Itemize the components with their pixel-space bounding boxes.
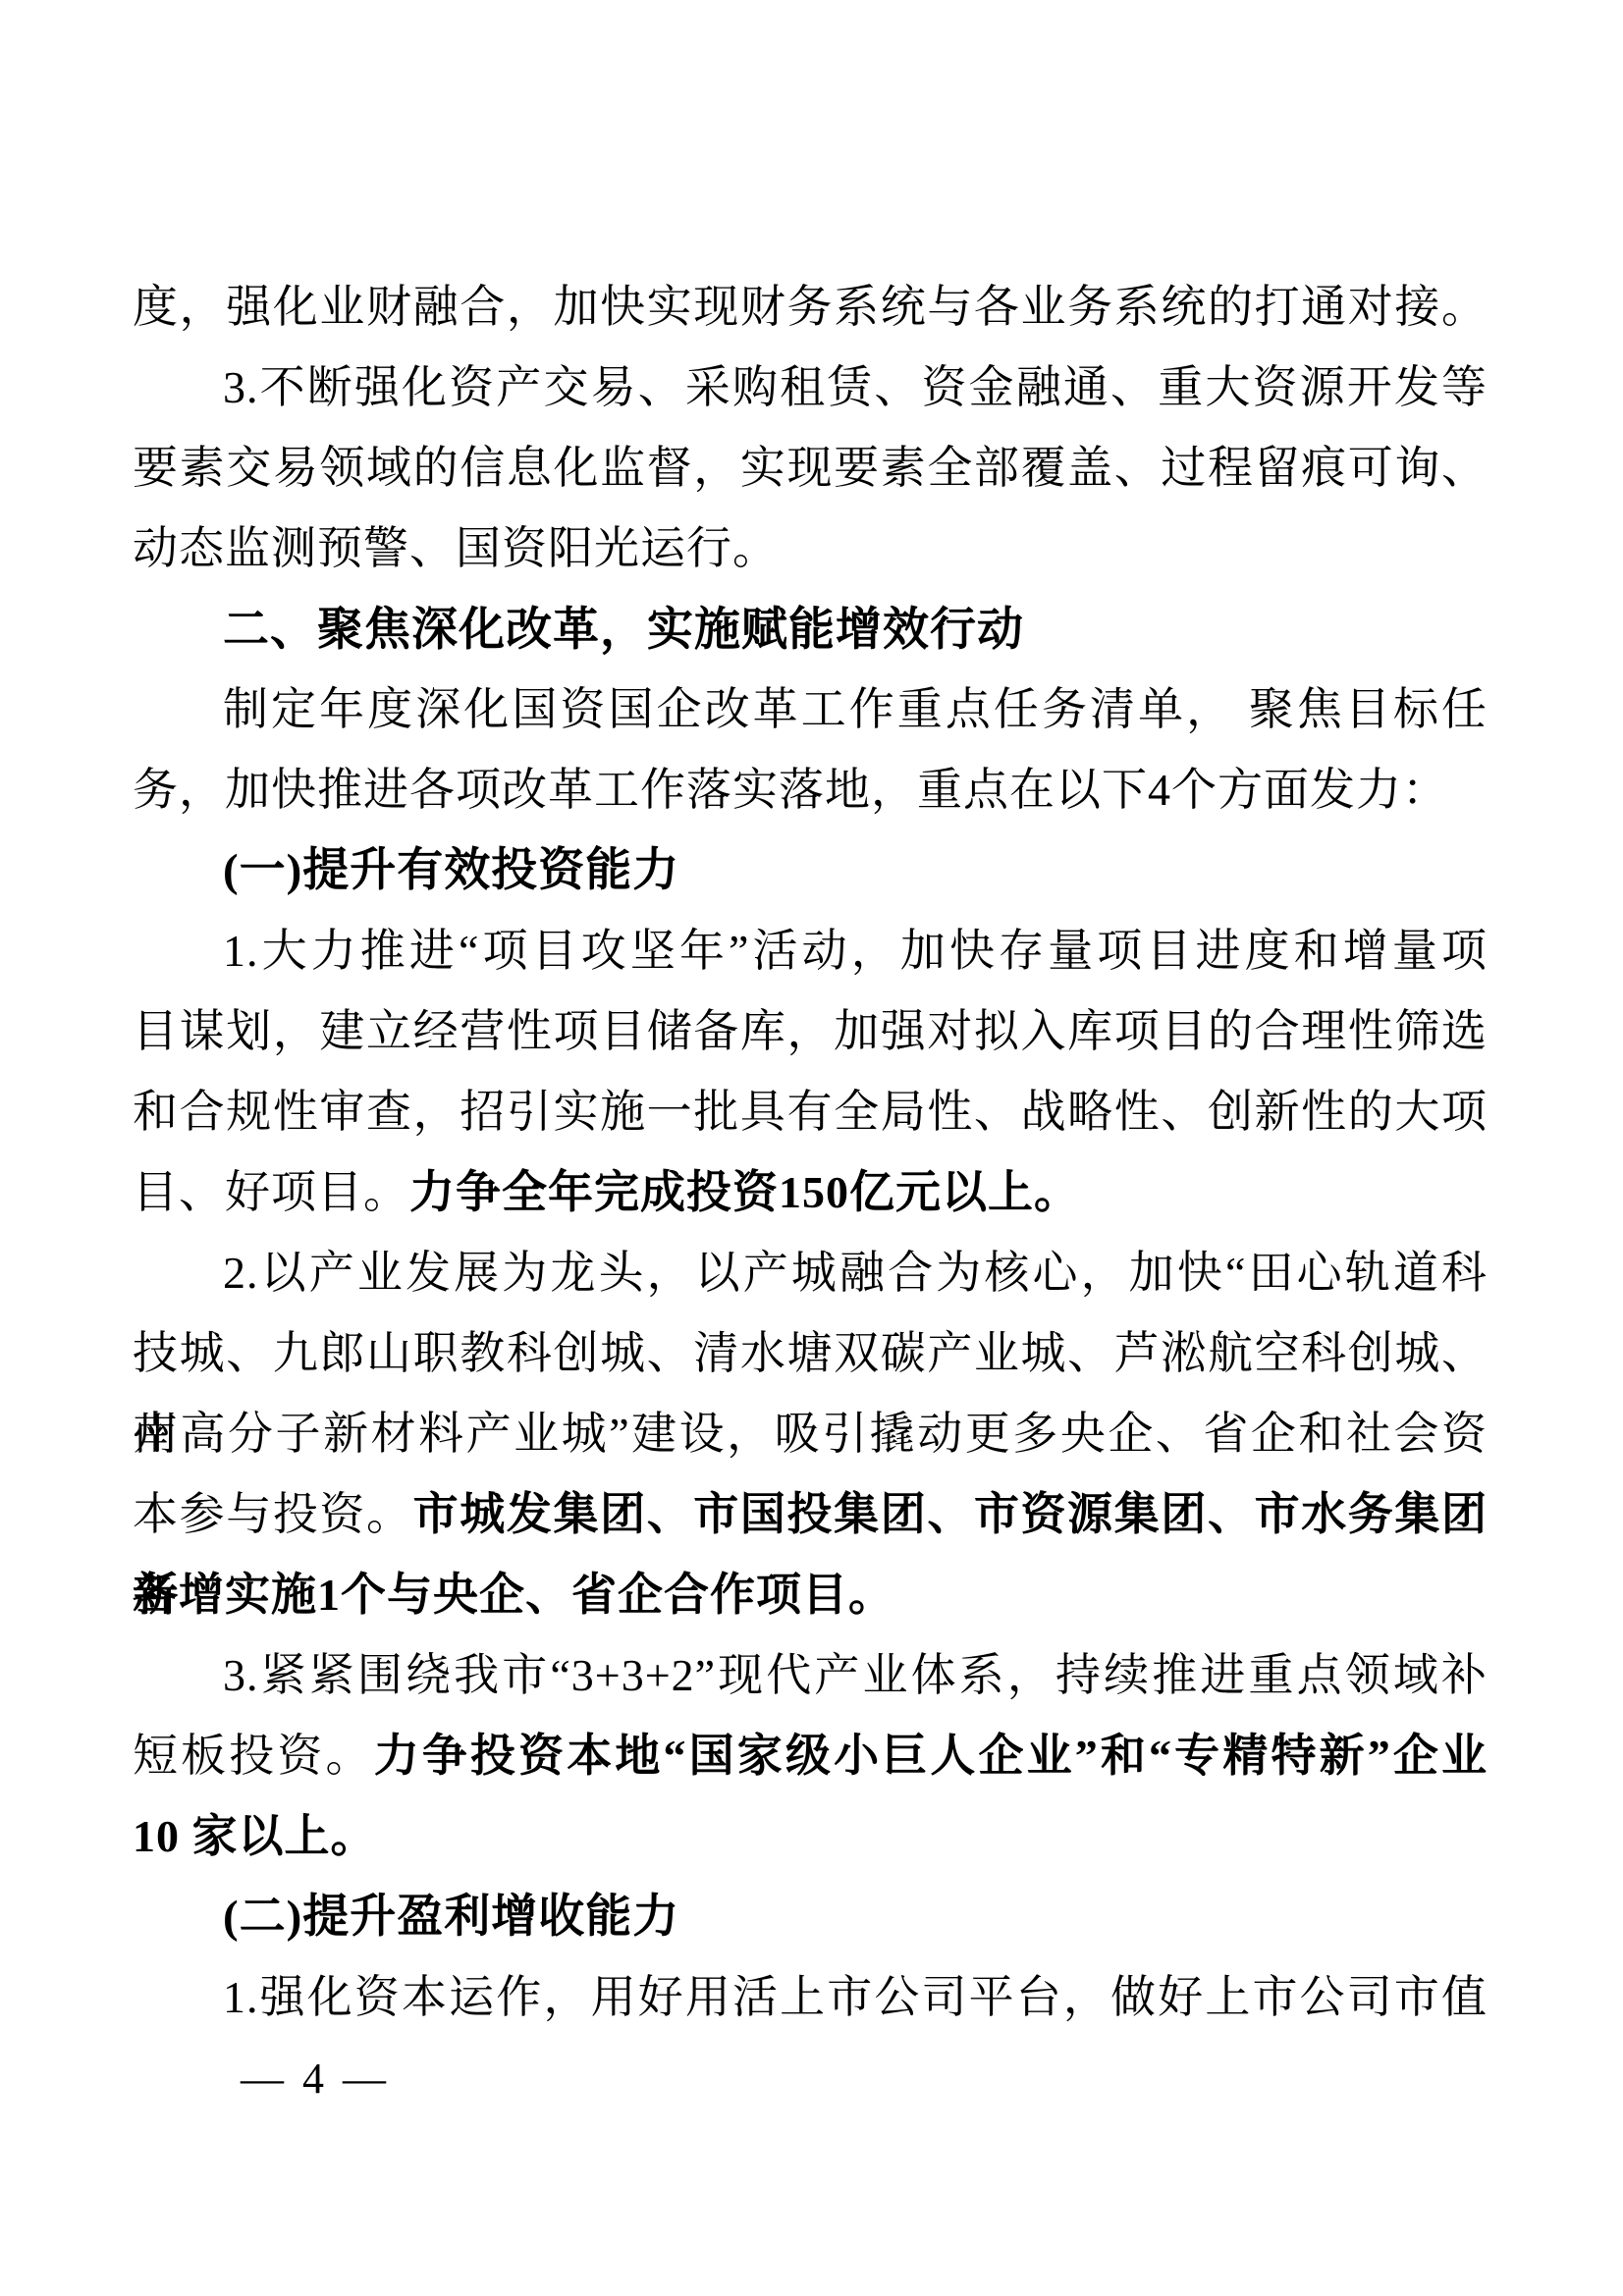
line-text: 2.以产业发展为龙头，以产城融合为核心，加快“田心轨道科 [223,1248,1488,1298]
text-line: 2.以产业发展为龙头，以产城融合为核心，加快“田心轨道科 [133,1233,1488,1313]
line-text: 和合规性审查，招引实施一批具有全局性、战略性、创新性的大项 [133,1087,1488,1137]
text-line: 短板投资。力争投资本地“国家级小巨人企业”和“专精特新”企业 [133,1716,1488,1796]
line-text: 动态监测预警、国资阳光运行。 [133,523,779,573]
text-line: 10 家以上。 [133,1796,1488,1877]
line-text-emphasis: 力争全年完成投资150亿元以上。 [409,1167,1080,1217]
subsection-heading-1: (一)提升有效投资能力 [133,830,1488,911]
text-line: 务，加快推进各项改革工作落实落地，重点在以下4个方面发力： [133,750,1488,830]
line-text: 本参与投资。 [133,1489,413,1539]
page-number: — 4 — [241,2048,390,2110]
line-text: 目谋划，建立经营性项目储备库，加强对拟入库项目的合理性筛选 [133,1006,1488,1056]
text-line: 1.大力推进“项目攻坚年”活动，加快存量项目进度和增量项 [133,911,1488,991]
text-line: 新增实施1个与央企、省企合作项目。 [133,1555,1488,1635]
line-text: 要素交易领域的信息化监督，实现要素全部覆盖、过程留痕可询、 [133,443,1488,493]
document-page: 度，强化业财融合，加快实现财务系统与各业务系统的打通对接。 3.不断强化资产交易… [0,0,1623,2296]
line-text: 3.不断强化资产交易、采购租赁、资金融通、重大资源开发等 [223,362,1488,412]
line-text-emphasis: 10 家以上。 [133,1811,377,1861]
text-line: 目谋划，建立经营性项目储备库，加强对拟入库项目的合理性筛选 [133,991,1488,1072]
line-text: 务，加快推进各项改革工作落实落地，重点在以下4个方面发力： [133,765,1448,815]
heading-text: 二、聚焦深化改革，实施赋能增效行动 [223,603,1024,655]
body-text: 度，强化业财融合，加快实现财务系统与各业务系统的打通对接。 3.不断强化资产交易… [133,267,1488,2038]
text-line: 度，强化业财融合，加快实现财务系统与各业务系统的打通对接。 [133,267,1488,347]
text-line: 3.不断强化资产交易、采购租赁、资金融通、重大资源开发等 [133,347,1488,428]
text-line: 本参与投资。市城发集团、市国投集团、市资源集团、市水务集团各 [133,1474,1488,1555]
heading-text: (二)提升盈利增收能力 [223,1892,679,1943]
line-text: 目、好项目。 [133,1167,409,1217]
heading-text: (一)提升有效投资能力 [223,845,679,896]
line-text: 1.强化资本运作，用好用活上市公司平台，做好上市公司市值 [223,1972,1488,2022]
line-text: 3.紧紧围绕我市“3+3+2”现代产业体系，持续推进重点领域补 [223,1650,1488,1700]
line-text-emphasis: 力争投资本地“国家级小巨人企业”和“专精特新”企业 [374,1731,1488,1781]
text-line: 州高分子新材料产业城”建设，吸引撬动更多央企、省企和社会资 [133,1394,1488,1474]
text-line: 技城、九郎山职教科创城、清水塘双碳产业城、芦淞航空科创城、南 [133,1313,1488,1394]
line-text: 制定年度深化国资国企改革工作重点任务清单， 聚焦目标任 [223,684,1488,734]
text-line: 1.强化资本运作，用好用活上市公司平台，做好上市公司市值 [133,1957,1488,2038]
subsection-heading-2: (二)提升盈利增收能力 [133,1877,1488,1957]
line-text: 度，强化业财融合，加快实现财务系统与各业务系统的打通对接。 [133,282,1488,332]
text-line: 3.紧紧围绕我市“3+3+2”现代产业体系，持续推进重点领域补 [133,1635,1488,1716]
line-text: 短板投资。 [133,1731,374,1781]
text-line: 目、好项目。力争全年完成投资150亿元以上。 [133,1152,1488,1233]
line-text-emphasis: 新增实施1个与央企、省企合作项目。 [133,1570,894,1620]
text-line: 制定年度深化国资国企改革工作重点任务清单， 聚焦目标任 [133,669,1488,750]
line-text: 州高分子新材料产业城”建设，吸引撬动更多央企、省企和社会资 [133,1409,1488,1459]
text-line: 和合规性审查，招引实施一批具有全局性、战略性、创新性的大项 [133,1072,1488,1152]
text-line: 要素交易领域的信息化监督，实现要素全部覆盖、过程留痕可询、 [133,428,1488,508]
section-heading-main: 二、聚焦深化改革，实施赋能增效行动 [133,589,1488,669]
text-line: 动态监测预警、国资阳光运行。 [133,508,1488,589]
line-text: 1.大力推进“项目攻坚年”活动，加快存量项目进度和增量项 [223,926,1488,976]
